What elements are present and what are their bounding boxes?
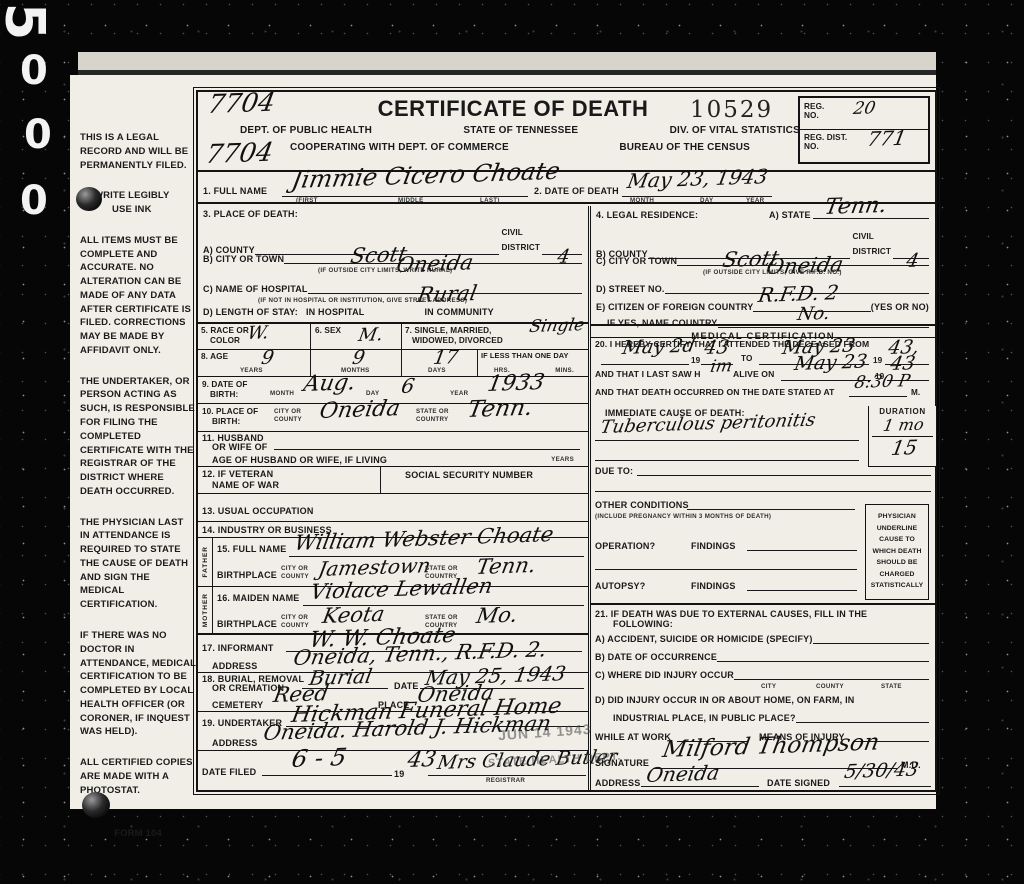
residence-civil-label-1: CIVIL <box>852 232 891 241</box>
external-a-line: A) ACCIDENT, SUICIDE OR HOMICIDE (SPECIF… <box>595 634 929 644</box>
veteran-label-2: NAME OF WAR <box>212 480 279 490</box>
cause-rule-2 <box>595 460 859 461</box>
marital-label-1: 7. SINGLE, MARRIED, <box>405 326 492 335</box>
external-d-label-1: D) DID INJURY OCCUR IN OR ABOUT HOME, ON… <box>595 695 854 705</box>
physician-address-value: Oneida <box>645 763 721 784</box>
informant-label: 17. INFORMANT <box>202 643 274 653</box>
mother-city-sublabel-1: CITY OR <box>281 615 308 622</box>
father-state-sublabel-1: STATE OR <box>425 566 458 573</box>
physician-address-rule <box>641 786 759 787</box>
reg-no-label: REG. NO. <box>804 102 838 120</box>
father-name-value: William Webster Choate <box>293 525 555 553</box>
use-ink-text: USE INK <box>94 204 152 215</box>
residence-county-line: B) COUNTY Scott CIVIL DISTRICT 4 <box>596 232 929 259</box>
section-physician-address: ADDRESS Oneida DATE SIGNED 5/30/43 <box>591 772 935 790</box>
dept-line-1: DEPT. OF PUBLIC HEALTH STATE OF TENNESSE… <box>240 125 800 137</box>
due-to-label: DUE TO: <box>595 466 633 476</box>
registrar-rule <box>428 775 586 776</box>
right-column: 4. LEGAL RESIDENCE: A) STATE Tenn. B) CO… <box>588 206 935 790</box>
external-title-1: 21. IF DEATH WAS DUE TO EXTERNAL CAUSES,… <box>595 609 867 619</box>
sex-label: 6. SEX <box>315 326 341 335</box>
race-label-2: COLOR <box>210 336 240 345</box>
street-line: D) STREET NO. R.F.D. 2 <box>596 284 929 294</box>
margin-instructions: THIS IS A LEGAL RECORD AND WILL BE PERMA… <box>80 131 196 858</box>
dob-day-value: 6 <box>400 377 416 395</box>
margin-note: THIS IS A LEGAL RECORD AND WILL BE PERMA… <box>80 131 196 172</box>
dob-label-1: 9. DATE OF <box>202 380 247 389</box>
mother-tab-label: MOTHER <box>202 593 209 627</box>
photostat-text: ALL CERTIFIED COPIES ARE MADE WITH A PHO… <box>80 757 193 796</box>
city-note: (IF OUTSIDE CITY LIMITS, WRITE RURAL) <box>318 268 452 275</box>
stay-label: D) LENGTH OF STAY: <box>203 307 298 317</box>
date-filed-label: DATE FILED <box>202 767 256 777</box>
physician-line: SHOULD BE <box>866 557 928 569</box>
state-value: Tenn. <box>823 196 888 218</box>
citizen-line: E) CITIZEN OF FOREIGN COUNTRY No. (YES O… <box>596 302 929 312</box>
printed-19: 19 <box>691 356 700 365</box>
year-sublabel: YEAR <box>746 198 764 205</box>
date-signed-value: 5/30/43 <box>843 761 920 781</box>
section-place-of-birth: 10. PLACE OF BIRTH: CITY OR COUNTY Oneid… <box>198 404 588 432</box>
form-number: FORM 104 <box>80 827 196 841</box>
certificate-form: 7704 7704 CERTIFICATE OF DEATH 10529 DEP… <box>196 90 937 792</box>
margin-note: WRITE LEGIBLY USE INK <box>80 189 196 217</box>
external-a-label: A) ACCIDENT, SUICIDE OR HOMICIDE (SPECIF… <box>595 634 813 644</box>
reg-no-value: 20 <box>852 101 877 117</box>
margin-note: THE PHYSICIAN LAST IN ATTENDANCE IS REQU… <box>80 516 196 612</box>
physician-line: CHARGED <box>866 569 928 581</box>
mother-city-sublabel-2: COUNTY <box>281 623 309 630</box>
last-sublabel: LAST) <box>480 198 500 205</box>
father-name-label: 15. FULL NAME <box>217 544 286 554</box>
cause-value: Tuberculous peritonitis <box>599 413 817 437</box>
less-day-label: IF LESS THAN ONE DAY <box>481 352 569 360</box>
mins-sublabel: MINS. <box>555 368 574 375</box>
length-of-stay-line: D) LENGTH OF STAY: IN HOSPITAL IN COMMUN… <box>203 307 582 317</box>
middle-sublabel: MIDDLE <box>398 198 424 205</box>
operation-findings-label: FINDINGS <box>691 541 736 551</box>
father-city-sublabel-2: COUNTY <box>281 574 309 581</box>
section-place-of-death: 3. PLACE OF DEATH: A) COUNTY Scott CIVIL… <box>198 206 588 324</box>
occurred-label: AND THAT DEATH OCCURRED ON THE DATE STAT… <box>595 388 835 397</box>
file-number-handwritten: 7704 <box>206 92 277 118</box>
first-sublabel: (FIRST <box>296 198 318 205</box>
reg-dist-value: 771 <box>866 129 908 148</box>
margin-note: IF THERE WAS NO DOCTOR IN ATTENDANCE, ME… <box>80 629 196 739</box>
cooperating-commerce: COOPERATING WITH DEPT. OF COMMERCE <box>290 142 509 154</box>
section-spouse: 11. HUSBAND OR WIFE OF AGE OF HUSBAND OR… <box>198 432 588 467</box>
form-header: 7704 7704 CERTIFICATE OF DEATH 10529 DEP… <box>198 92 935 170</box>
external-d-label-2: INDUSTRIAL PLACE, IN PUBLIC PLACE? <box>613 713 796 723</box>
pob-label-1: 10. PLACE OF <box>202 407 258 416</box>
day-sublabel: DAY <box>700 198 713 205</box>
name-row: 1. FULL NAME Jimmie Cicero Choate (FIRST… <box>198 170 935 204</box>
external-c-rule <box>734 675 929 680</box>
spouse-age-label: AGE OF HUSBAND OR WIFE, IF LIVING <box>212 455 387 465</box>
state-tennessee: STATE OF TENNESSEE <box>463 125 578 137</box>
sex-cell: 6. SEX M. <box>311 324 402 349</box>
meridiem-label: M. <box>911 388 920 397</box>
autopsy-findings-label: FINDINGS <box>691 581 736 591</box>
spouse-age-unit: YEARS <box>551 457 574 464</box>
registrar-sublabel: REGISTRAR <box>486 778 525 785</box>
physician-signature: Milford Thompson <box>661 733 881 761</box>
film-edge-hole: 0 <box>20 178 48 224</box>
section-due-to: DUE TO: <box>591 464 935 494</box>
father-city-sublabel-1: CITY OR <box>281 566 308 573</box>
race-label-1: 5. RACE OR <box>201 326 249 335</box>
duration-box: DURATION 1 mo 15 <box>868 406 936 467</box>
veteran-label-1: 12. IF VETERAN <box>202 469 273 479</box>
operation-rule-2 <box>595 569 857 570</box>
pob-state-sublabel-2: COUNTRY <box>416 417 448 424</box>
residence-city-line: C) CITY OR TOWN Oneida <box>596 256 929 266</box>
section-legal-residence: 4. LEGAL RESIDENCE: A) STATE Tenn. B) CO… <box>591 206 935 324</box>
left-column: 3. PLACE OF DEATH: A) COUNTY Scott CIVIL… <box>198 206 588 790</box>
film-edge-hole: 0 <box>20 48 48 94</box>
marital-value: Single <box>528 318 586 335</box>
dob-year-sublabel: YEAR <box>450 391 468 398</box>
section-external-causes: 21. IF DEATH WAS DUE TO EXTERNAL CAUSES,… <box>591 603 935 728</box>
spouse-rule <box>274 449 580 450</box>
sex-value: M. <box>357 327 384 344</box>
file-number-handwritten: 7704 <box>204 142 275 168</box>
father-city-value: Jamestown <box>317 556 432 578</box>
duration-value-2: 15 <box>890 438 919 457</box>
operation-label: OPERATION? <box>595 541 655 551</box>
certificate-number: 10529 <box>690 97 773 123</box>
street-label: D) STREET NO. <box>596 284 665 294</box>
external-d-line-2: INDUSTRIAL PLACE, IN PUBLIC PLACE? <box>613 713 929 723</box>
pob-city-sublabel-2: COUNTY <box>274 417 302 424</box>
dept-public-health: DEPT. OF PUBLIC HEALTH <box>240 125 372 137</box>
cemetery-label: CEMETERY <box>212 700 263 710</box>
age-days-cell: 17 DAYS <box>402 350 478 376</box>
mother-state-value: Mo. <box>475 606 519 626</box>
state-label: A) STATE <box>769 210 811 220</box>
other-conditions-note: (INCLUDE PREGNANCY WITHIN 3 MONTHS OF DE… <box>595 514 771 521</box>
attended-from-year: 43 <box>703 339 730 357</box>
days-sublabel: DAYS <box>428 368 446 375</box>
date-of-death-label: 2. DATE OF DEATH <box>534 186 619 196</box>
certificate-title: CERTIFICATE OF DEATH <box>348 96 678 122</box>
div-vital-statistics: DIV. OF VITAL STATISTICS <box>670 125 800 137</box>
pob-city-sublabel-1: CITY OR <box>274 409 301 416</box>
physician-line: UNDERLINE <box>866 523 928 535</box>
ssn-label: SOCIAL SECURITY NUMBER <box>405 470 533 480</box>
father-birthplace-label: BIRTHPLACE <box>217 570 277 580</box>
write-legibly-text: WRITE LEGIBLY <box>94 190 170 201</box>
injury-city-sublabel: CITY <box>761 684 776 691</box>
marital-label-2: WIDOWED, DIVORCED <box>412 336 503 345</box>
residence-city-label: C) CITY OR TOWN <box>596 256 677 266</box>
citizen-label: E) CITIZEN OF FOREIGN COUNTRY <box>596 302 753 312</box>
dept-line-2: COOPERATING WITH DEPT. OF COMMERCE BUREA… <box>290 142 750 154</box>
race-value: W. <box>246 325 270 342</box>
printed-19: 19 <box>873 356 882 365</box>
physician-line: STATISTICALLY <box>866 580 928 592</box>
place-of-death-title: 3. PLACE OF DEATH: <box>203 209 298 219</box>
full-name-value: Jimmie Cicero Choate <box>290 161 562 192</box>
autopsy-label: AUTOPSY? <box>595 581 645 591</box>
city-line: B) CITY OR TOWN Oneida <box>203 254 582 264</box>
date-signed-rule <box>839 786 931 787</box>
physician-line: WHICH DEATH <box>866 546 928 558</box>
date-signed-label: DATE SIGNED <box>767 778 830 788</box>
age-days-value: 17 <box>432 349 459 367</box>
margin-note: ALL CERTIFIED COPIES ARE MADE WITH A PHO… <box>80 756 196 797</box>
due-to-rule-2 <box>595 491 931 492</box>
ink-blot <box>82 792 110 818</box>
veteran-cell: 12. IF VETERAN NAME OF WAR <box>198 467 381 493</box>
other-conditions-label: OTHER CONDITIONS <box>595 500 689 510</box>
state-rule <box>813 218 929 219</box>
dob-year-value: 1933 <box>486 373 546 395</box>
cause-rule-1 <box>595 440 859 441</box>
mother-state-sublabel-1: STATE OR <box>425 615 458 622</box>
certificate-paper: THIS IS A LEGAL RECORD AND WILL BE PERMA… <box>70 75 936 809</box>
burial-date-label: DATE <box>394 681 419 691</box>
ssn-cell: SOCIAL SECURITY NUMBER <box>381 467 588 493</box>
autopsy-rule <box>747 590 857 591</box>
undertaker-address-label: ADDRESS <box>212 738 257 748</box>
mother-name-label: 16. MAIDEN NAME <box>217 593 300 603</box>
informant-address-label: ADDRESS <box>212 661 257 671</box>
father-tab-label: FATHER <box>202 546 209 578</box>
residence-city-note: (IF OUTSIDE CITY LIMITS, GIVE R.F.D. NO.… <box>703 270 842 277</box>
film-edge-digit: 5 <box>0 3 56 41</box>
printed-19: 19 <box>394 769 404 779</box>
external-a-rule <box>813 639 929 644</box>
age-years-cell: 8. AGE 9 YEARS <box>198 350 311 376</box>
hospital-label: C) NAME OF HOSPITAL <box>203 284 308 294</box>
age-label: 8. AGE <box>201 352 228 361</box>
time-rule <box>849 396 907 397</box>
attended-from-date: May 2d <box>621 338 696 358</box>
civil-label-1: CIVIL <box>501 228 540 237</box>
margin-note: ALL ITEMS MUST BE COMPLETE AND ACCURATE.… <box>80 234 196 358</box>
registration-box: REG. NO. 20 REG. DIST. NO. 771 <box>798 96 930 164</box>
county-line: A) COUNTY Scott CIVIL DISTRICT 4 <box>203 228 582 255</box>
film-edge-hole: 0 <box>24 112 52 158</box>
years-sublabel: YEARS <box>240 368 263 375</box>
age-months-value: 9 <box>351 350 366 368</box>
pob-label-2: BIRTH: <box>212 417 240 426</box>
father-tab: FATHER <box>198 538 213 586</box>
mother-name-value: Violace Lewallen <box>309 577 494 602</box>
margin-note: THE UNDERTAKER, OR PERSON ACTING AS SUCH… <box>80 375 196 499</box>
operation-rule <box>747 550 857 551</box>
section-occupation: 13. USUAL OCCUPATION <box>198 494 588 522</box>
date-filed-value: 6 - 5 <box>290 747 348 770</box>
from-rule <box>601 364 689 365</box>
section-race-sex-marital: 5. RACE OR COLOR W. 6. SEX M. 7. SINGLE,… <box>198 324 588 350</box>
date-of-death-value: May 23, 1943 <box>626 167 769 190</box>
due-to-rule <box>637 475 931 476</box>
dob-month-value: Aug. <box>302 373 357 395</box>
external-title-2: FOLLOWING: <box>613 619 673 629</box>
full-name-label: 1. FULL NAME <box>203 186 267 196</box>
death-time-value: 8:30 P <box>853 374 911 391</box>
physician-line: CAUSE TO <box>866 534 928 546</box>
legal-residence-title: 4. LEGAL RESIDENCE: <box>596 210 698 220</box>
hospital-line: C) NAME OF HOSPITAL Rural <box>203 284 582 294</box>
last-saw-label: AND THAT I LAST SAW H <box>595 370 701 379</box>
external-b-line: B) DATE OF OCCURRENCE <box>595 652 929 662</box>
residence-civil-label-2: DISTRICT <box>852 247 891 256</box>
city-label: B) CITY OR TOWN <box>203 254 284 264</box>
external-d-rule <box>796 718 929 723</box>
mother-birthplace-label: BIRTHPLACE <box>217 619 277 629</box>
dob-label-2: BIRTH: <box>210 390 238 399</box>
age-years-value: 9 <box>260 350 275 368</box>
dob-month-sublabel: MONTH <box>270 391 294 398</box>
while-at-work-label: WHILE AT WORK <box>595 732 671 742</box>
physician-address-label: ADDRESS <box>595 778 640 788</box>
date-filed-rule <box>262 775 392 776</box>
to-label: TO <box>741 354 752 363</box>
external-c-label: C) WHERE DID INJURY OCCUR <box>595 670 734 680</box>
occupation-label: 13. USUAL OCCUPATION <box>202 506 314 516</box>
other-conditions-rule <box>687 509 855 510</box>
stay-community-label: IN COMMUNITY <box>424 307 493 317</box>
bureau-census: BUREAU OF THE CENSUS <box>619 142 750 154</box>
injury-state-sublabel: STATE <box>881 684 902 691</box>
external-b-label: B) DATE OF OCCURRENCE <box>595 652 717 662</box>
section-attended: 20. I HEREBY CERTIFY THAT I ATTENDED THE… <box>591 338 935 406</box>
pob-state-value: Tenn. <box>466 398 534 421</box>
last-saw-date: May 23 <box>793 354 868 374</box>
stacked-paper-edge <box>78 52 936 75</box>
reg-dist-label: REG. DIST. NO. <box>804 133 850 151</box>
alive-on-label: ALIVE ON <box>733 370 774 379</box>
mother-tab: MOTHER <box>198 587 213 633</box>
spouse-label-2: OR WIFE OF <box>212 442 268 452</box>
pob-state-sublabel-1: STATE OR <box>416 409 449 416</box>
pob-city-value: Oneida <box>318 399 402 422</box>
physician-line: PHYSICIAN <box>866 511 928 523</box>
civil-label-2: DISTRICT <box>501 243 540 252</box>
him-handwritten: im <box>709 359 733 375</box>
injury-county-sublabel: COUNTY <box>816 684 844 691</box>
month-sublabel: MONTH <box>630 198 654 205</box>
section-veteran-ssn: 12. IF VETERAN NAME OF WAR SOCIAL SECURI… <box>198 467 588 494</box>
marital-cell: 7. SINGLE, MARRIED, WIDOWED, DIVORCED Si… <box>402 324 588 349</box>
duration-value-1: 1 mo <box>882 417 925 433</box>
date-filed-year: 43 <box>406 750 438 771</box>
external-b-rule <box>717 657 929 662</box>
hospital-note: (IF NOT IN HOSPITAL OR INSTITUTION, GIVE… <box>258 298 467 305</box>
citizen-note: (YES OR NO) <box>871 302 929 312</box>
physician-underline-box: PHYSICIAN UNDERLINE CAUSE TO WHICH DEATH… <box>865 504 929 600</box>
external-c-line: C) WHERE DID INJURY OCCUR <box>595 670 929 680</box>
stay-hospital-label: IN HOSPITAL <box>306 307 365 317</box>
mother-city-value: Keota <box>321 605 386 626</box>
race-cell: 5. RACE OR COLOR W. <box>198 324 311 349</box>
